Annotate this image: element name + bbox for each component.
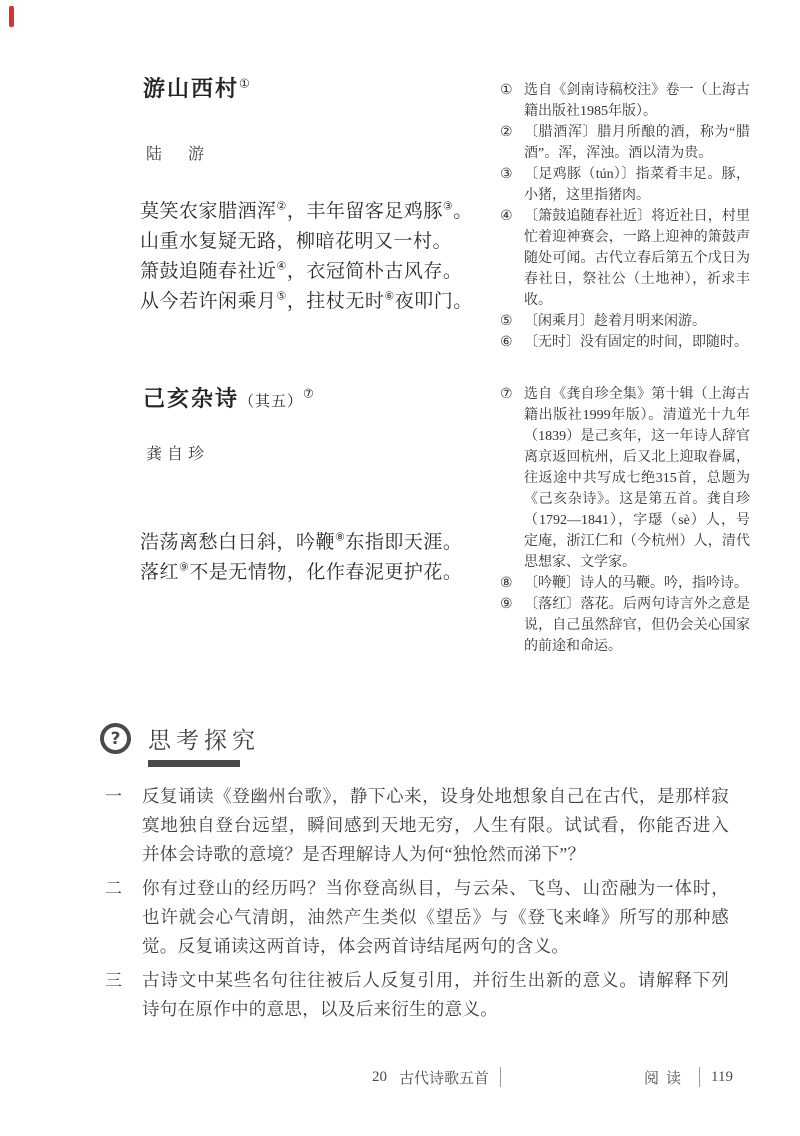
annotation-text: 〔腊酒浑〕腊月所酿的酒，称为“腊酒”。浑，浑浊。酒以清为贵。 — [524, 122, 750, 164]
annotation-text: 〔落红〕落花。后两句诗言外之意是说，自己虽然辞官，但仍会关心国家的前途和命运。 — [524, 594, 750, 657]
question-text: 反复诵读《登幽州台歌》，静下心来，设身处地想象自己在古代，是那样寂寞地独自登台远… — [142, 782, 729, 869]
annotation-number: ⑦ — [500, 384, 524, 405]
annotation-text: 〔吟鞭〕诗人的马鞭。吟，指吟诗。 — [524, 573, 750, 594]
poem-1-title-text: 游山西村 — [143, 76, 239, 101]
poem-line: 山重水复疑无路，柳暗花明又一村。 — [140, 227, 530, 257]
question-item: 三古诗文中某些名句往往被后人反复引用，并衍生出新的意义。请解释下列诗句在原作中的… — [105, 966, 729, 1024]
annotation-text: 〔足鸡豚（tún）〕指菜肴丰足。豚，小猪，这里指猪肉。 — [524, 164, 750, 206]
question-number: 一 — [105, 782, 142, 811]
question-text: 古诗文中某些名句往往被后人反复引用，并衍生出新的意义。请解释下列诗句在原作中的意… — [142, 966, 729, 1024]
question-circle-icon: ? — [100, 723, 131, 754]
question-number: 三 — [105, 966, 142, 995]
annotation-item: ⑧〔吟鞭〕诗人的马鞭。吟，指吟诗。 — [500, 573, 750, 594]
annotation-number: ① — [500, 80, 524, 101]
annotation-number: ④ — [500, 206, 524, 227]
page-number: 119 — [711, 1069, 733, 1086]
annotation-item: ⑦选自《龚自珍全集》第十辑（上海古籍出版社1999年版）。清道光十九年（1839… — [500, 384, 750, 573]
annotation-number: ⑨ — [500, 594, 524, 615]
annotations-poem-2: ⑦选自《龚自珍全集》第十辑（上海古籍出版社1999年版）。清道光十九年（1839… — [500, 384, 750, 657]
think-explore-title: 思考探究 — [148, 722, 260, 755]
poem-1-title-note-marker: ① — [239, 77, 252, 91]
chapter-tab-mark — [9, 6, 14, 27]
annotation-item: ①选自《剑南诗稿校注》卷一（上海古籍出版社1985年版）。 — [500, 80, 750, 122]
question-item: 一反复诵读《登幽州台歌》，静下心来，设身处地想象自己在古代，是那样寂寞地独自登台… — [105, 782, 729, 869]
poem-line: 莫笑农家腊酒浑②，丰年留客足鸡豚③。 — [140, 197, 530, 227]
poem-2-title-text: 己亥杂诗 — [143, 386, 239, 411]
poem-line: 从今若许闲乘月⑤，拄杖无时⑥夜叩门。 — [140, 287, 530, 317]
annotation-item: ⑨〔落红〕落花。后两句诗言外之意是说，自己虽然辞官，但仍会关心国家的前途和命运。 — [500, 594, 750, 657]
annotation-number: ⑤ — [500, 311, 524, 332]
annotation-number: ⑧ — [500, 573, 524, 594]
annotation-number: ② — [500, 122, 524, 143]
poem-2-text: 浩荡离愁白日斜，吟鞭⑧东指即天涯。落红⑨不是无情物，化作春泥更护花。 — [140, 528, 530, 588]
question-item: 二你有过登山的经历吗？当你登高纵目，与云朵、飞鸟、山峦融为一体时，也许就会心气清… — [105, 874, 729, 961]
annotations-poem-1: ①选自《剑南诗稿校注》卷一（上海古籍出版社1985年版）。②〔腊酒浑〕腊月所酿的… — [500, 80, 750, 353]
footer-divider — [699, 1067, 700, 1087]
section-label: 阅读 — [644, 1067, 688, 1088]
poem-1-author: 陆 游 — [146, 141, 209, 164]
lesson-title: 古代诗歌五首 — [399, 1067, 489, 1088]
poem-2-title-note-marker: ⑦ — [303, 387, 316, 401]
question-text: 你有过登山的经历吗？当你登高纵目，与云朵、飞鸟、山峦融为一体时，也许就会心气清朗… — [142, 874, 729, 961]
poem-line: 箫鼓追随春社近④，衣冠简朴古风存。 — [140, 257, 530, 287]
annotation-item: ④〔箫鼓追随春社近〕将近社日，村里忙着迎神赛会，一路上迎神的箫鼓声随处可闻。古代… — [500, 206, 750, 311]
annotation-item: ②〔腊酒浑〕腊月所酿的酒，称为“腊酒”。浑，浑浊。酒以清为贵。 — [500, 122, 750, 164]
footer-section-page: 阅读 119 — [644, 1064, 733, 1090]
poem-2-author: 龚自珍 — [146, 441, 209, 464]
annotation-text: 选自《剑南诗稿校注》卷一（上海古籍出版社1985年版）。 — [524, 80, 750, 122]
think-explore-header: ? 思考探究 — [100, 722, 260, 767]
question-list: 一反复诵读《登幽州台歌》，静下心来，设身处地想象自己在古代，是那样寂寞地独自登台… — [105, 782, 729, 1029]
poem-2-title: 己亥杂诗（其五）⑦ — [143, 382, 316, 413]
annotation-text: 〔闲乘月〕趁着月明来闲游。 — [524, 311, 750, 332]
textbook-page: 游山西村① 陆 游 莫笑农家腊酒浑②，丰年留客足鸡豚③。山重水复疑无路，柳暗花明… — [0, 0, 800, 1136]
annotation-text: 〔无时〕没有固定的时间，即随时。 — [524, 332, 750, 353]
annotation-item: ⑥〔无时〕没有固定的时间，即随时。 — [500, 332, 750, 353]
annotation-item: ⑤〔闲乘月〕趁着月明来闲游。 — [500, 311, 750, 332]
annotation-text: 〔箫鼓追随春社近〕将近社日，村里忙着迎神赛会，一路上迎神的箫鼓声随处可闻。古代立… — [524, 206, 750, 311]
title-underline-bar — [148, 760, 240, 767]
page-footer: 20 古代诗歌五首 阅读 119 — [0, 1064, 800, 1090]
annotation-number: ⑥ — [500, 332, 524, 353]
lesson-number: 20 — [372, 1069, 387, 1086]
poem-1-text: 莫笑农家腊酒浑②，丰年留客足鸡豚③。山重水复疑无路，柳暗花明又一村。箫鼓追随春社… — [140, 197, 530, 317]
poem-line: 落红⑨不是无情物，化作春泥更护花。 — [140, 558, 530, 588]
question-number: 二 — [105, 874, 142, 903]
poem-1-title: 游山西村① — [143, 72, 252, 103]
annotation-number: ③ — [500, 164, 524, 185]
footer-lesson: 20 古代诗歌五首 — [372, 1064, 512, 1090]
poem-2-subtitle: （其五） — [239, 394, 303, 410]
poem-line: 浩荡离愁白日斜，吟鞭⑧东指即天涯。 — [140, 528, 530, 558]
annotation-item: ③〔足鸡豚（tún）〕指菜肴丰足。豚，小猪，这里指猪肉。 — [500, 164, 750, 206]
annotation-text: 选自《龚自珍全集》第十辑（上海古籍出版社1999年版）。清道光十九年（1839）… — [524, 384, 750, 573]
footer-divider — [500, 1067, 501, 1087]
